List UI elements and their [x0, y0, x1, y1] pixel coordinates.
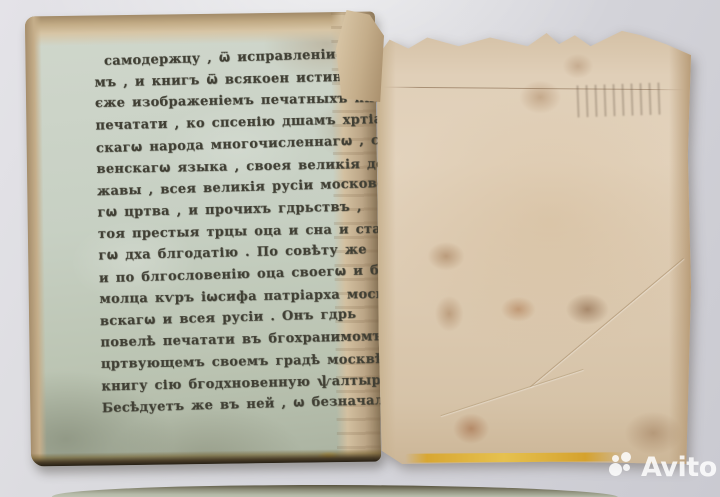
manuscript-line: цртвующемъ своемъ градѣ москвѣ . [101, 350, 333, 376]
next-photo-page-edge [52, 483, 618, 497]
right-blank-page [377, 22, 691, 464]
manuscript-line: тоя престыя трцы оца и сна и ста [98, 219, 330, 245]
watermark-brand-text: Avito [641, 454, 717, 481]
manuscript-text-block: самодержцу , ѿ исправленіи книжнѣ мъ , и… [94, 45, 334, 419]
ink-offset-marks [576, 83, 661, 118]
left-page-bottom-edge [31, 449, 381, 467]
yellow-page-edge [405, 452, 625, 463]
left-manuscript-page: самодержцу , ѿ исправленіи книжнѣ мъ , и… [25, 12, 381, 467]
diagonal-crease-line [441, 369, 584, 416]
avito-watermark: Avito [609, 452, 717, 481]
left-page-top-edge [25, 12, 375, 47]
left-page-left-edge [25, 16, 47, 466]
photo-scene: самодержцу , ѿ исправленіи книжнѣ мъ , и… [0, 0, 720, 497]
diagonal-crease-line [530, 258, 684, 387]
avito-logo-icon [609, 452, 636, 479]
right-page-wrapper [377, 22, 691, 464]
